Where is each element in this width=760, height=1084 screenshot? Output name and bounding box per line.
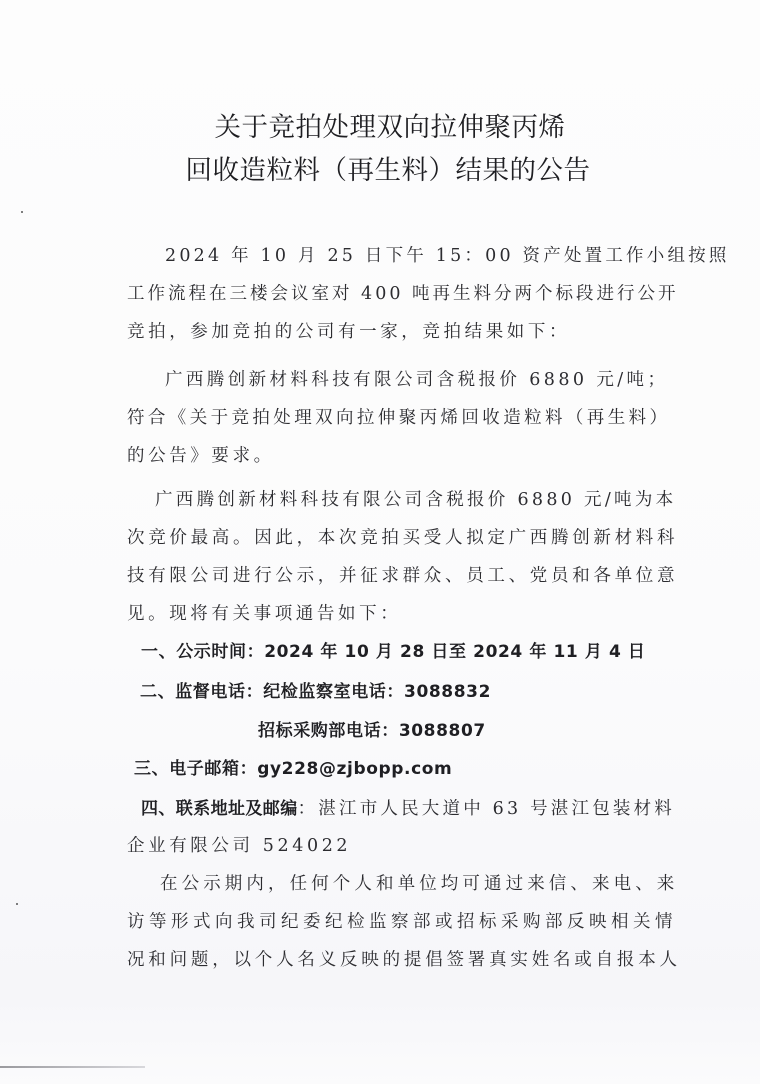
bid-result-line-1: 广西腾创新材料科技有限公司含税报价 6880 元/吨； [165,366,668,391]
intro-line-2: 工作流程在三楼会议室对 400 吨再生料分两个标段进行公开 [127,280,679,305]
intro-line-3: 竞拍，参加竞拍的公司有一家，竞拍结果如下： [127,318,570,343]
address-item: 四、联系地址及邮编：湛江市人民大道中 63 号湛江包装材料 [141,794,675,820]
complaints-line-1: 在公示期内，任何个人和单位均可通过来信、来电、来 [160,870,678,895]
decision-line-1: 广西腾创新材料科技有限公司含税报价 6880 元/吨为本 [155,486,676,511]
intro-line-1: 2024 年 10 月 25 日下午 15：00 资产处置工作小组按照 [165,242,730,267]
email-address: gy228@zjbopp.com [257,759,452,779]
email-item: 三、电子邮箱：gy228@zjbopp.com [134,754,452,779]
decision-line-2: 次竞价最高。因此，本次竞拍买受人拟定广西腾创新材料科 [127,524,678,549]
procurement-dept-phone: 3088807 [399,721,486,741]
bid-result-line-2: 符合《关于竞拍处理双向拉伸聚丙烯回收造粒料（再生料） [127,404,670,429]
scan-speck [21,211,23,213]
decision-line-4: 见。现将有关事项通告如下： [127,600,401,625]
publicity-period-value: 2024 年 10 月 28 日至 2024 年 11 月 4 日 [264,642,645,662]
page-edge-shadow [0,1066,145,1068]
discipline-office-label: 纪检监察室电话： [263,682,404,702]
bid-result-line-3: 的公告》要求。 [127,442,275,467]
supervision-phone-item: 二、监督电话：纪检监察室电话：3088832 [140,677,491,702]
address-value-line-2: 企业有限公司 524022 [127,832,351,857]
procurement-dept-label: 招标采购部电话： [258,721,399,741]
publicity-period-item: 一、公示时间：2024 年 10 月 28 日至 2024 年 11 月 4 日 [141,637,646,662]
address-value-line-1: ：湛江市人民大道中 63 号湛江包装材料 [298,799,675,819]
discipline-office-phone: 3088832 [404,682,491,702]
document-page: 关于竞拍处理双向拉伸聚丙烯 回收造粒料（再生料）结果的公告 2024 年 10 … [0,0,760,1084]
email-label: 三、电子邮箱： [134,759,257,779]
complaints-line-2: 访等形式向我司纪委纪检监察部或招标采购部反映相关情 [127,908,677,933]
document-title-line-2: 回收造粒料（再生料）结果的公告 [8,148,760,187]
address-label: 四、联系地址及邮编 [141,799,298,819]
supervision-phone-label: 二、监督电话： [140,682,263,702]
document-title-line-1: 关于竞拍处理双向拉伸聚丙烯 [10,105,760,144]
decision-line-3: 技有限公司进行公示，并征求群众、员工、党员和各单位意 [127,562,678,587]
publicity-period-label: 一、公示时间： [141,642,264,662]
scan-speck [16,903,18,905]
procurement-phone-item: 招标采购部电话：3088807 [258,716,486,741]
complaints-line-3: 况和问题，以个人名义反映的提倡签署真实姓名或自报本人 [127,946,681,971]
